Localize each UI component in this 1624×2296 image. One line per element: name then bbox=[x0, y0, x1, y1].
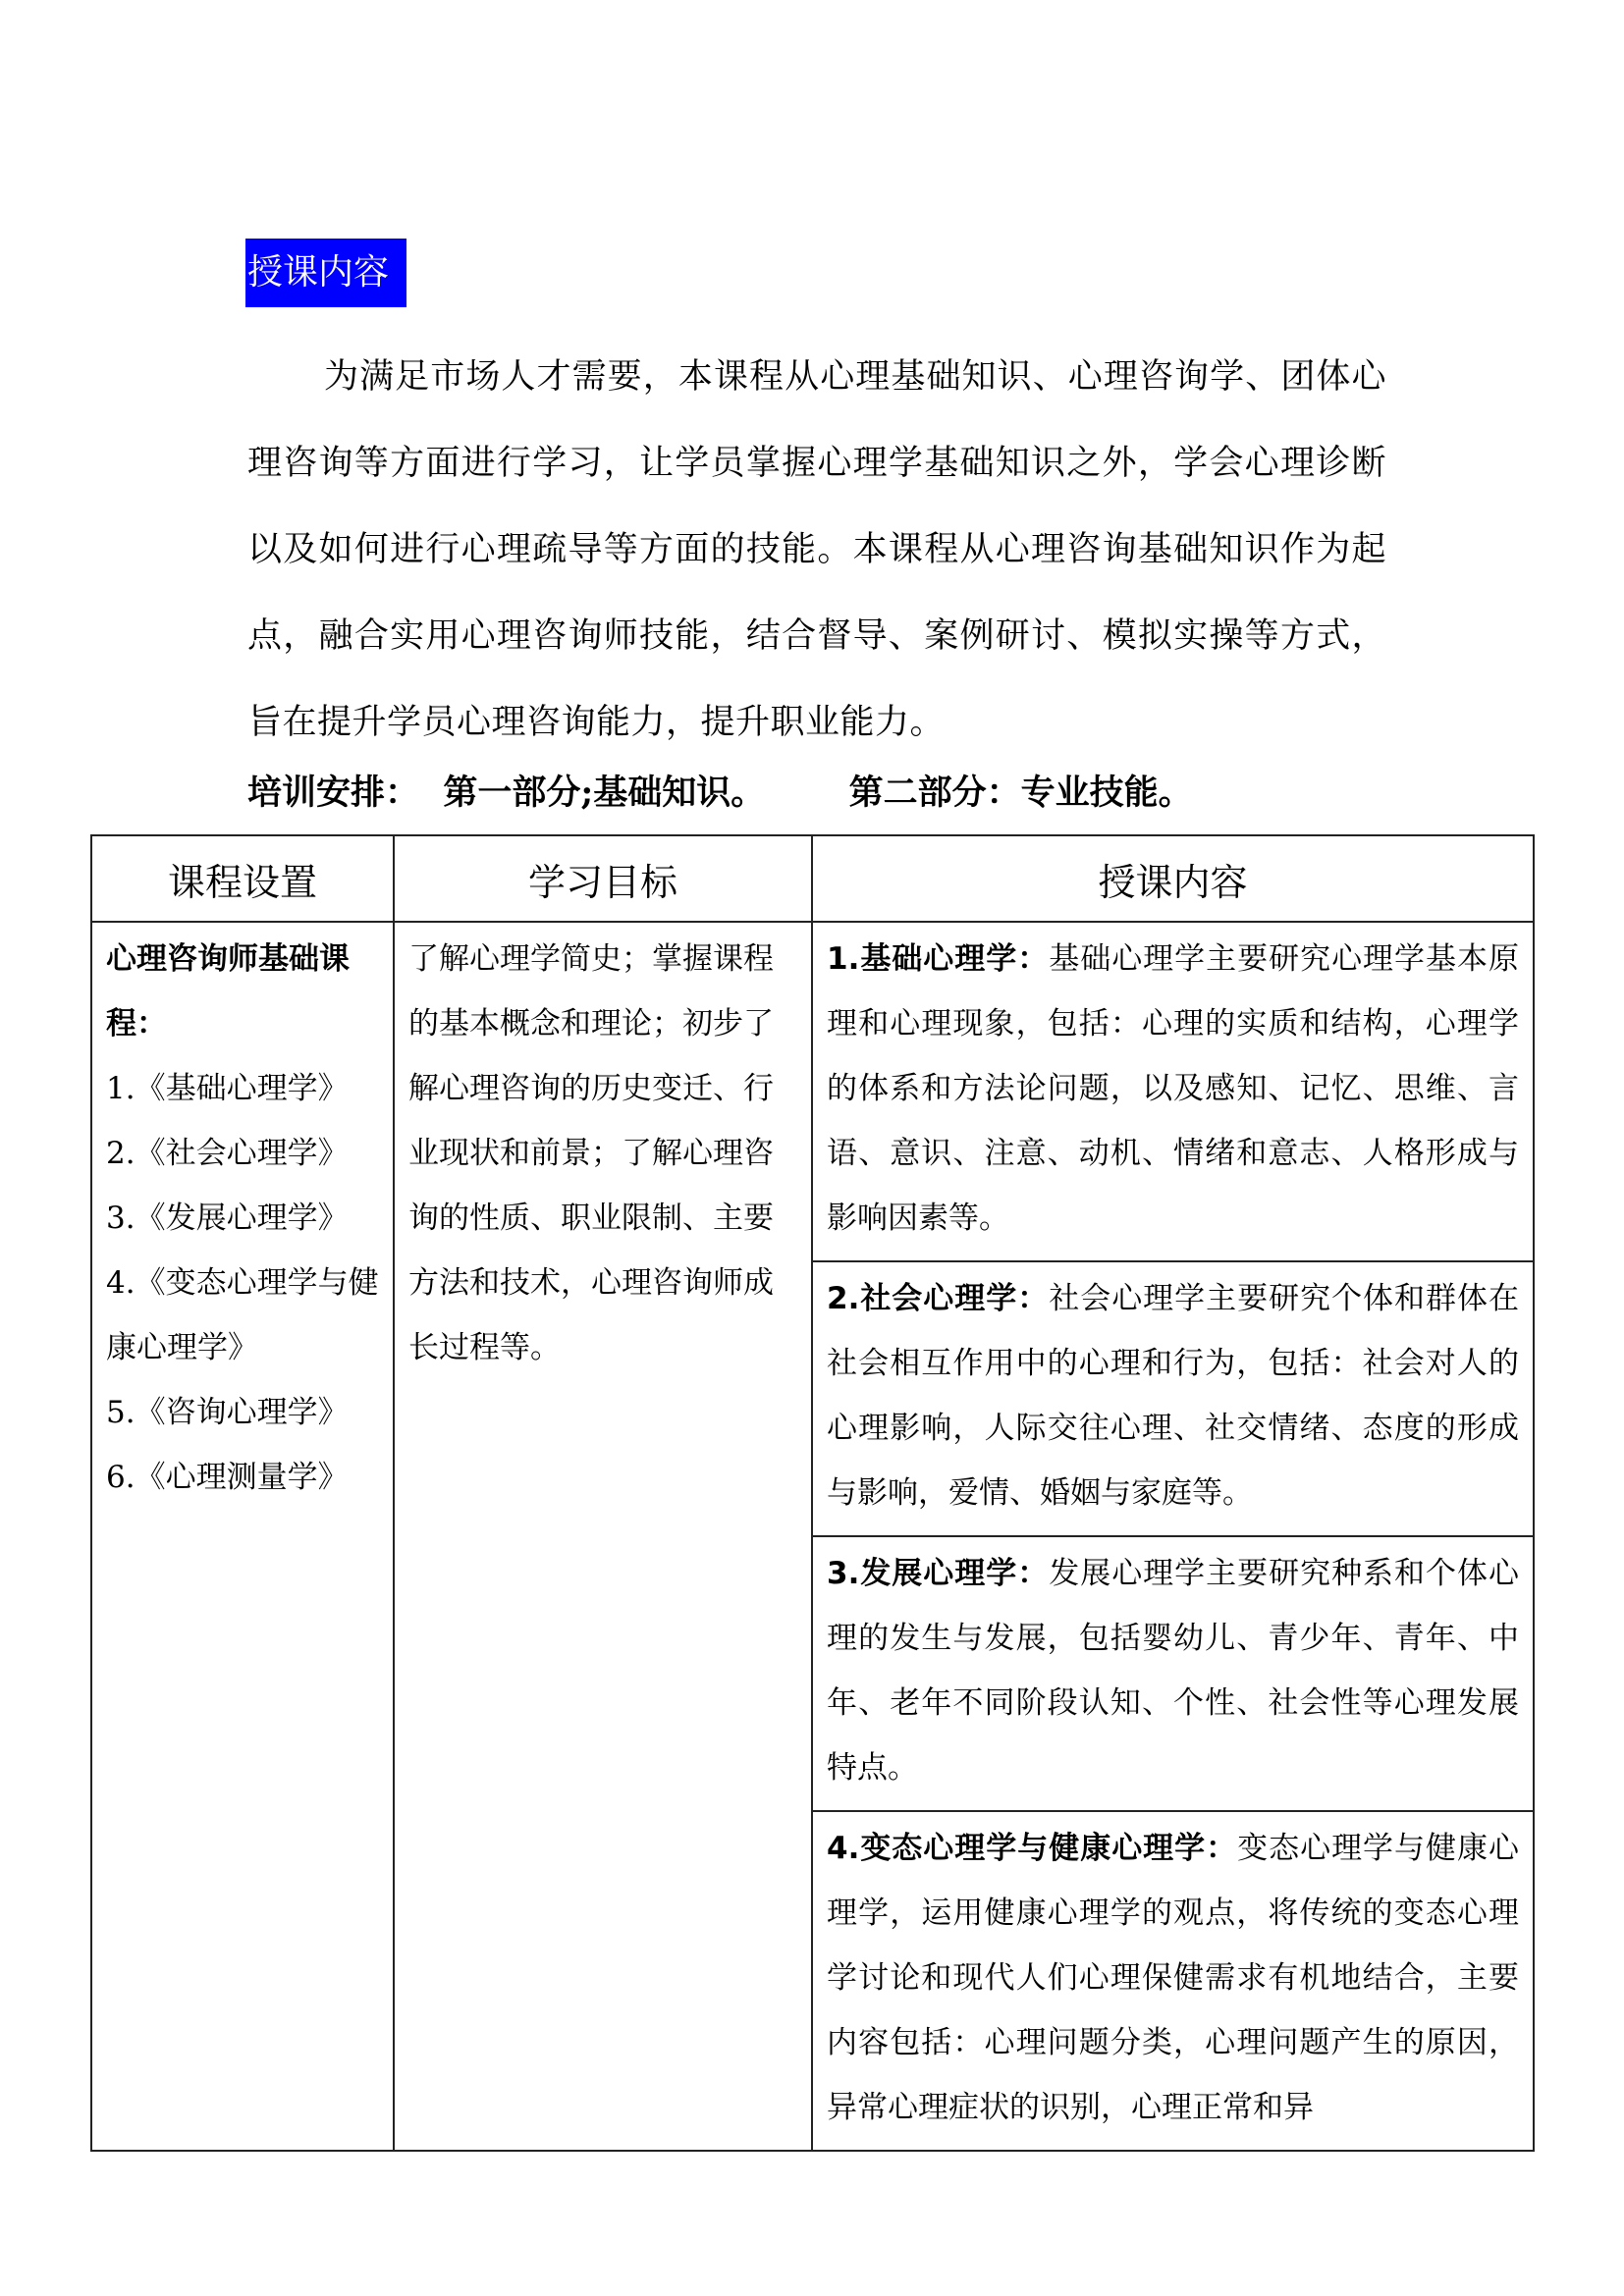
content-section: 1.基础心理学：基础心理学主要研究心理学基本原理和心理现象，包括：心理的实质和结… bbox=[813, 923, 1533, 1260]
course-item: 1.《基础心理学》 bbox=[106, 1056, 379, 1121]
course-item: 3.《发展心理学》 bbox=[106, 1186, 379, 1251]
arrangement-part1: 第一部分;基础知识。 bbox=[443, 773, 765, 813]
course-table: 课程设置 学习目标 授课内容 心理咨询师基础课程： 1.《基础心理学》 2.《社… bbox=[90, 834, 1535, 2152]
learning-goal-cell: 了解心理学简史；掌握课程的基本概念和理论；初步了解心理咨询的历史变迁、行业现状和… bbox=[394, 922, 812, 2151]
content-section-text: 变态心理学与健康心理学，运用健康心理学的观点，将传统的变态心理学讨论和现代人们心… bbox=[827, 1831, 1519, 2125]
section-heading-label: 授课内容 bbox=[247, 252, 389, 293]
course-item: 6.《心理测量学》 bbox=[106, 1445, 379, 1510]
training-arrangement: 培训安排： 第一部分;基础知识。 第二部分：专业技能。 bbox=[247, 764, 1193, 823]
arrangement-label: 培训安排： bbox=[247, 773, 419, 813]
header-course-setup: 课程设置 bbox=[91, 835, 394, 922]
teaching-content-cell: 1.基础心理学：基础心理学主要研究心理学基本原理和心理现象，包括：心理的实质和结… bbox=[812, 922, 1534, 2151]
table-header-row: 课程设置 学习目标 授课内容 bbox=[91, 835, 1534, 922]
content-section-text: 基础心理学主要研究心理学基本原理和心理现象，包括：心理的实质和结构，心理学的体系… bbox=[827, 941, 1519, 1236]
content-section-title: 1.基础心理学： bbox=[827, 941, 1049, 977]
header-teaching-content: 授课内容 bbox=[812, 835, 1534, 922]
learning-goal-text: 了解心理学简史；掌握课程的基本概念和理论；初步了解心理咨询的历史变迁、行业现状和… bbox=[395, 923, 811, 1380]
content-section-title: 4.变态心理学与健康心理学： bbox=[827, 1831, 1237, 1866]
content-section-title: 3.发展心理学： bbox=[827, 1556, 1049, 1591]
section-heading: 授课内容 bbox=[245, 239, 406, 307]
course-setup-cell: 心理咨询师基础课程： 1.《基础心理学》 2.《社会心理学》 3.《发展心理学》… bbox=[91, 922, 394, 2151]
table-row: 心理咨询师基础课程： 1.《基础心理学》 2.《社会心理学》 3.《发展心理学》… bbox=[91, 922, 1534, 2151]
content-section-title: 2.社会心理学： bbox=[827, 1281, 1049, 1316]
course-setup-title: 心理咨询师基础课程： bbox=[106, 941, 350, 1041]
intro-paragraph: 为满足市场人才需要，本课程从心理基础知识、心理咨询学、团体心理咨询等方面进行学习… bbox=[247, 334, 1386, 766]
course-item: 2.《社会心理学》 bbox=[106, 1121, 379, 1186]
header-learning-goal: 学习目标 bbox=[394, 835, 812, 922]
intro-section: 为满足市场人才需要，本课程从心理基础知识、心理咨询学、团体心理咨询等方面进行学习… bbox=[247, 334, 1386, 766]
content-section: 2.社会心理学：社会心理学主要研究个体和群体在社会相互作用中的心理和行为，包括：… bbox=[813, 1260, 1533, 1535]
course-item: 5.《咨询心理学》 bbox=[106, 1380, 379, 1445]
arrangement-part2: 第二部分：专业技能。 bbox=[849, 773, 1193, 813]
course-item: 4.《变态心理学与健康心理学》 bbox=[106, 1251, 379, 1380]
content-section: 4.变态心理学与健康心理学：变态心理学与健康心理学，运用健康心理学的观点，将传统… bbox=[813, 1810, 1533, 2150]
content-section: 3.发展心理学：发展心理学主要研究种系和个体心理的发生与发展，包括婴幼儿、青少年… bbox=[813, 1535, 1533, 1810]
